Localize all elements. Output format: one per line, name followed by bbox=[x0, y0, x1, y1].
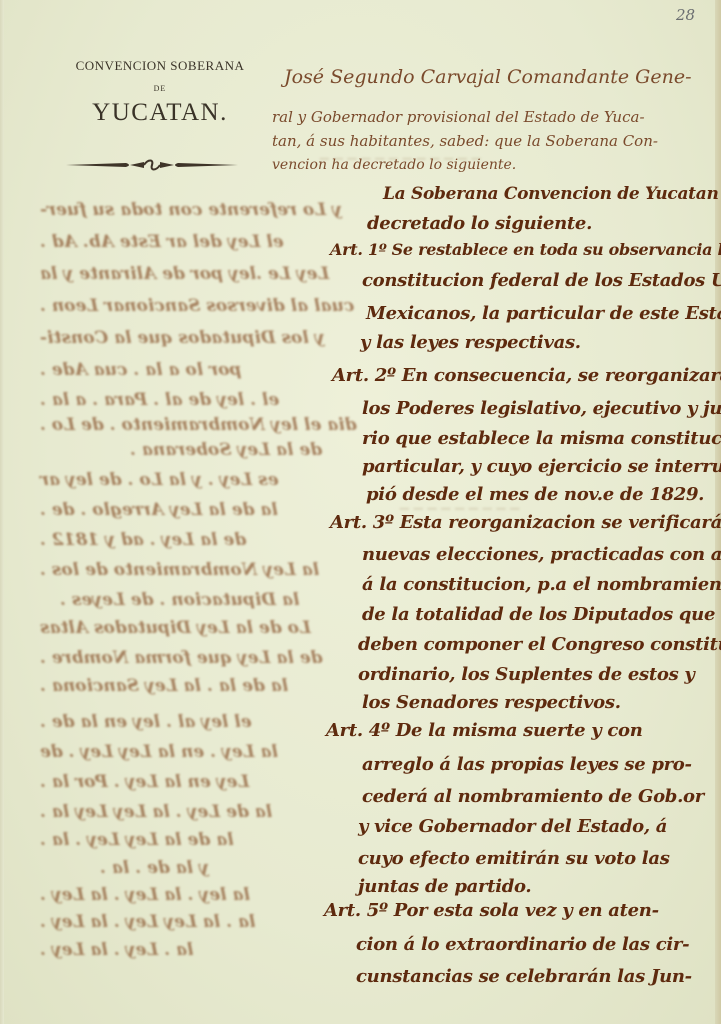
bleed-line: de la Ley . ad y 1812 . bbox=[40, 530, 246, 550]
bleed-line: y Lo referente con toda su fuer- bbox=[40, 200, 342, 220]
bleed-line: por lo a la . cua Ade . bbox=[40, 360, 241, 380]
bleed-line: y los Diputados que la Consti- bbox=[40, 328, 325, 348]
decree-line: nuevas elecciones, practicadas con arreg… bbox=[362, 544, 721, 565]
intro-line: tan, á sus habitantes, sabed: que la Sob… bbox=[272, 132, 658, 150]
bleed-line: la . Ley . la Ley . bbox=[40, 940, 194, 960]
bleed-line: y la de . la . bbox=[100, 858, 209, 878]
bleed-line: de la Ley Soberana . bbox=[130, 440, 322, 460]
bleed-line: la Ley Nombramiento de los . bbox=[40, 560, 319, 580]
intro-line: José Segundo Carvajal Comandante Gene- bbox=[284, 66, 692, 88]
decree-line: particular, y cuyo ejercicio se interrum… bbox=[362, 456, 721, 477]
decree-line: á la constitucion, p.a el nombramiento bbox=[362, 574, 721, 595]
bleed-line: la Ley . en la Ley Ley . de bbox=[40, 742, 278, 762]
decree-line: cion á lo extraordinario de las cir- bbox=[356, 934, 689, 955]
decree-line: cederá al nombramiento de Gob.or bbox=[362, 786, 704, 807]
bleed-line: la de la Ley Arreglo . de . bbox=[40, 500, 278, 520]
decree-line: los Poderes legislativo, ejecutivo y jud… bbox=[362, 398, 721, 419]
bleed-line: Ley en la Ley . Por la . bbox=[40, 772, 249, 792]
decree-line: y las leyes respectivas. bbox=[360, 332, 581, 353]
printed-letterhead: CONVENCION SOBERANA DE YUCATAN. bbox=[55, 58, 265, 127]
bleed-line: cual al diversos Sancionar Leon . bbox=[40, 296, 354, 316]
manuscript-page: 28 CONVENCION SOBERANA DE YUCATAN. y Lo … bbox=[0, 0, 721, 1024]
decree-line: y vice Gobernador del Estado, á bbox=[358, 816, 667, 837]
bleed-line: es Ley . y la Lo . de ley ar bbox=[40, 470, 279, 490]
intro-line: vencion ha decretado lo siguiente. bbox=[272, 157, 516, 173]
bleed-line: la . la Ley Ley . la Ley . bbox=[40, 912, 255, 932]
article-5-heading: Art. 5º Por esta sola vez y en aten- bbox=[324, 900, 659, 921]
letterhead-title: YUCATAN. bbox=[55, 99, 265, 127]
decree-line: ordinario, los Suplentes de estos y bbox=[358, 664, 695, 685]
bleed-line: la de Ley . la Ley Ley la . bbox=[40, 802, 272, 822]
article-1-heading: Art. 1º Se restablece en toda su observa… bbox=[330, 240, 721, 259]
decree-line: de la totalidad de los Diputados que bbox=[362, 604, 715, 625]
article-4-heading: Art. 4º De la misma suerte y con bbox=[326, 720, 643, 741]
article-3-heading: Art. 3º Esta reorganizacion se verificar… bbox=[330, 512, 721, 533]
bleed-line: el . ley de al . Para . a la . bbox=[40, 390, 279, 410]
decree-line: decretado lo siguiente. bbox=[367, 213, 592, 234]
decree-line: constitucion federal de los Estados Unid… bbox=[362, 270, 721, 291]
letterhead-line-1: CONVENCION SOBERANA bbox=[55, 58, 265, 74]
decree-line: los Senadores respectivos. bbox=[362, 692, 621, 713]
letterhead-line-2: DE bbox=[55, 84, 265, 93]
bleed-line: el ley al . ley en la de . bbox=[40, 712, 252, 732]
page-number: 28 bbox=[676, 6, 695, 24]
page-edge-left bbox=[0, 0, 4, 1024]
decree-line: cunstancias se celebrarán las Jun- bbox=[356, 966, 692, 987]
decree-line: rio que establece la misma constitucion bbox=[362, 428, 721, 449]
article-2-heading: Art. 2º En consecuencia, se reorganizará… bbox=[332, 365, 721, 386]
decree-line: deben componer el Congreso constituciona… bbox=[358, 634, 721, 655]
decree-line: La Soberana Convencion de Yucatan ha bbox=[383, 184, 721, 204]
bleed-line: la de la Ley Ley . la . bbox=[40, 830, 234, 850]
intro-line: ral y Gobernador provisional del Estado … bbox=[272, 108, 645, 126]
bleed-line: el Ley del ar Este Ab. Ad . bbox=[40, 232, 284, 252]
decorative-rule-icon bbox=[64, 158, 240, 172]
bleed-line: la de la . la Ley Sanciona . bbox=[40, 676, 288, 696]
bleed-line: Lo de la Ley Diputados Altas bbox=[40, 618, 311, 638]
decree-line: Mexicanos, la particular de este Estado bbox=[366, 303, 721, 324]
bleed-line: la Diputacion . de Leyes . bbox=[60, 590, 299, 610]
bleed-line: dia el ley Nombramiento . de Lo . bbox=[40, 415, 357, 435]
bleed-line: de la Ley que forma Nombre . bbox=[40, 648, 322, 668]
decree-line: juntas de partido. bbox=[358, 876, 531, 897]
bleed-line: la ley . la Ley . la Ley . bbox=[40, 885, 250, 905]
bleed-line: Ley Le .ley por de Alirante y la bbox=[40, 264, 329, 284]
decree-line: arreglo á las propias leyes se pro- bbox=[362, 754, 692, 775]
decree-line: cuyo efecto emitirán su voto las bbox=[358, 848, 670, 869]
decree-line: pió desde el mes de nov.e de 1829. bbox=[366, 484, 704, 505]
